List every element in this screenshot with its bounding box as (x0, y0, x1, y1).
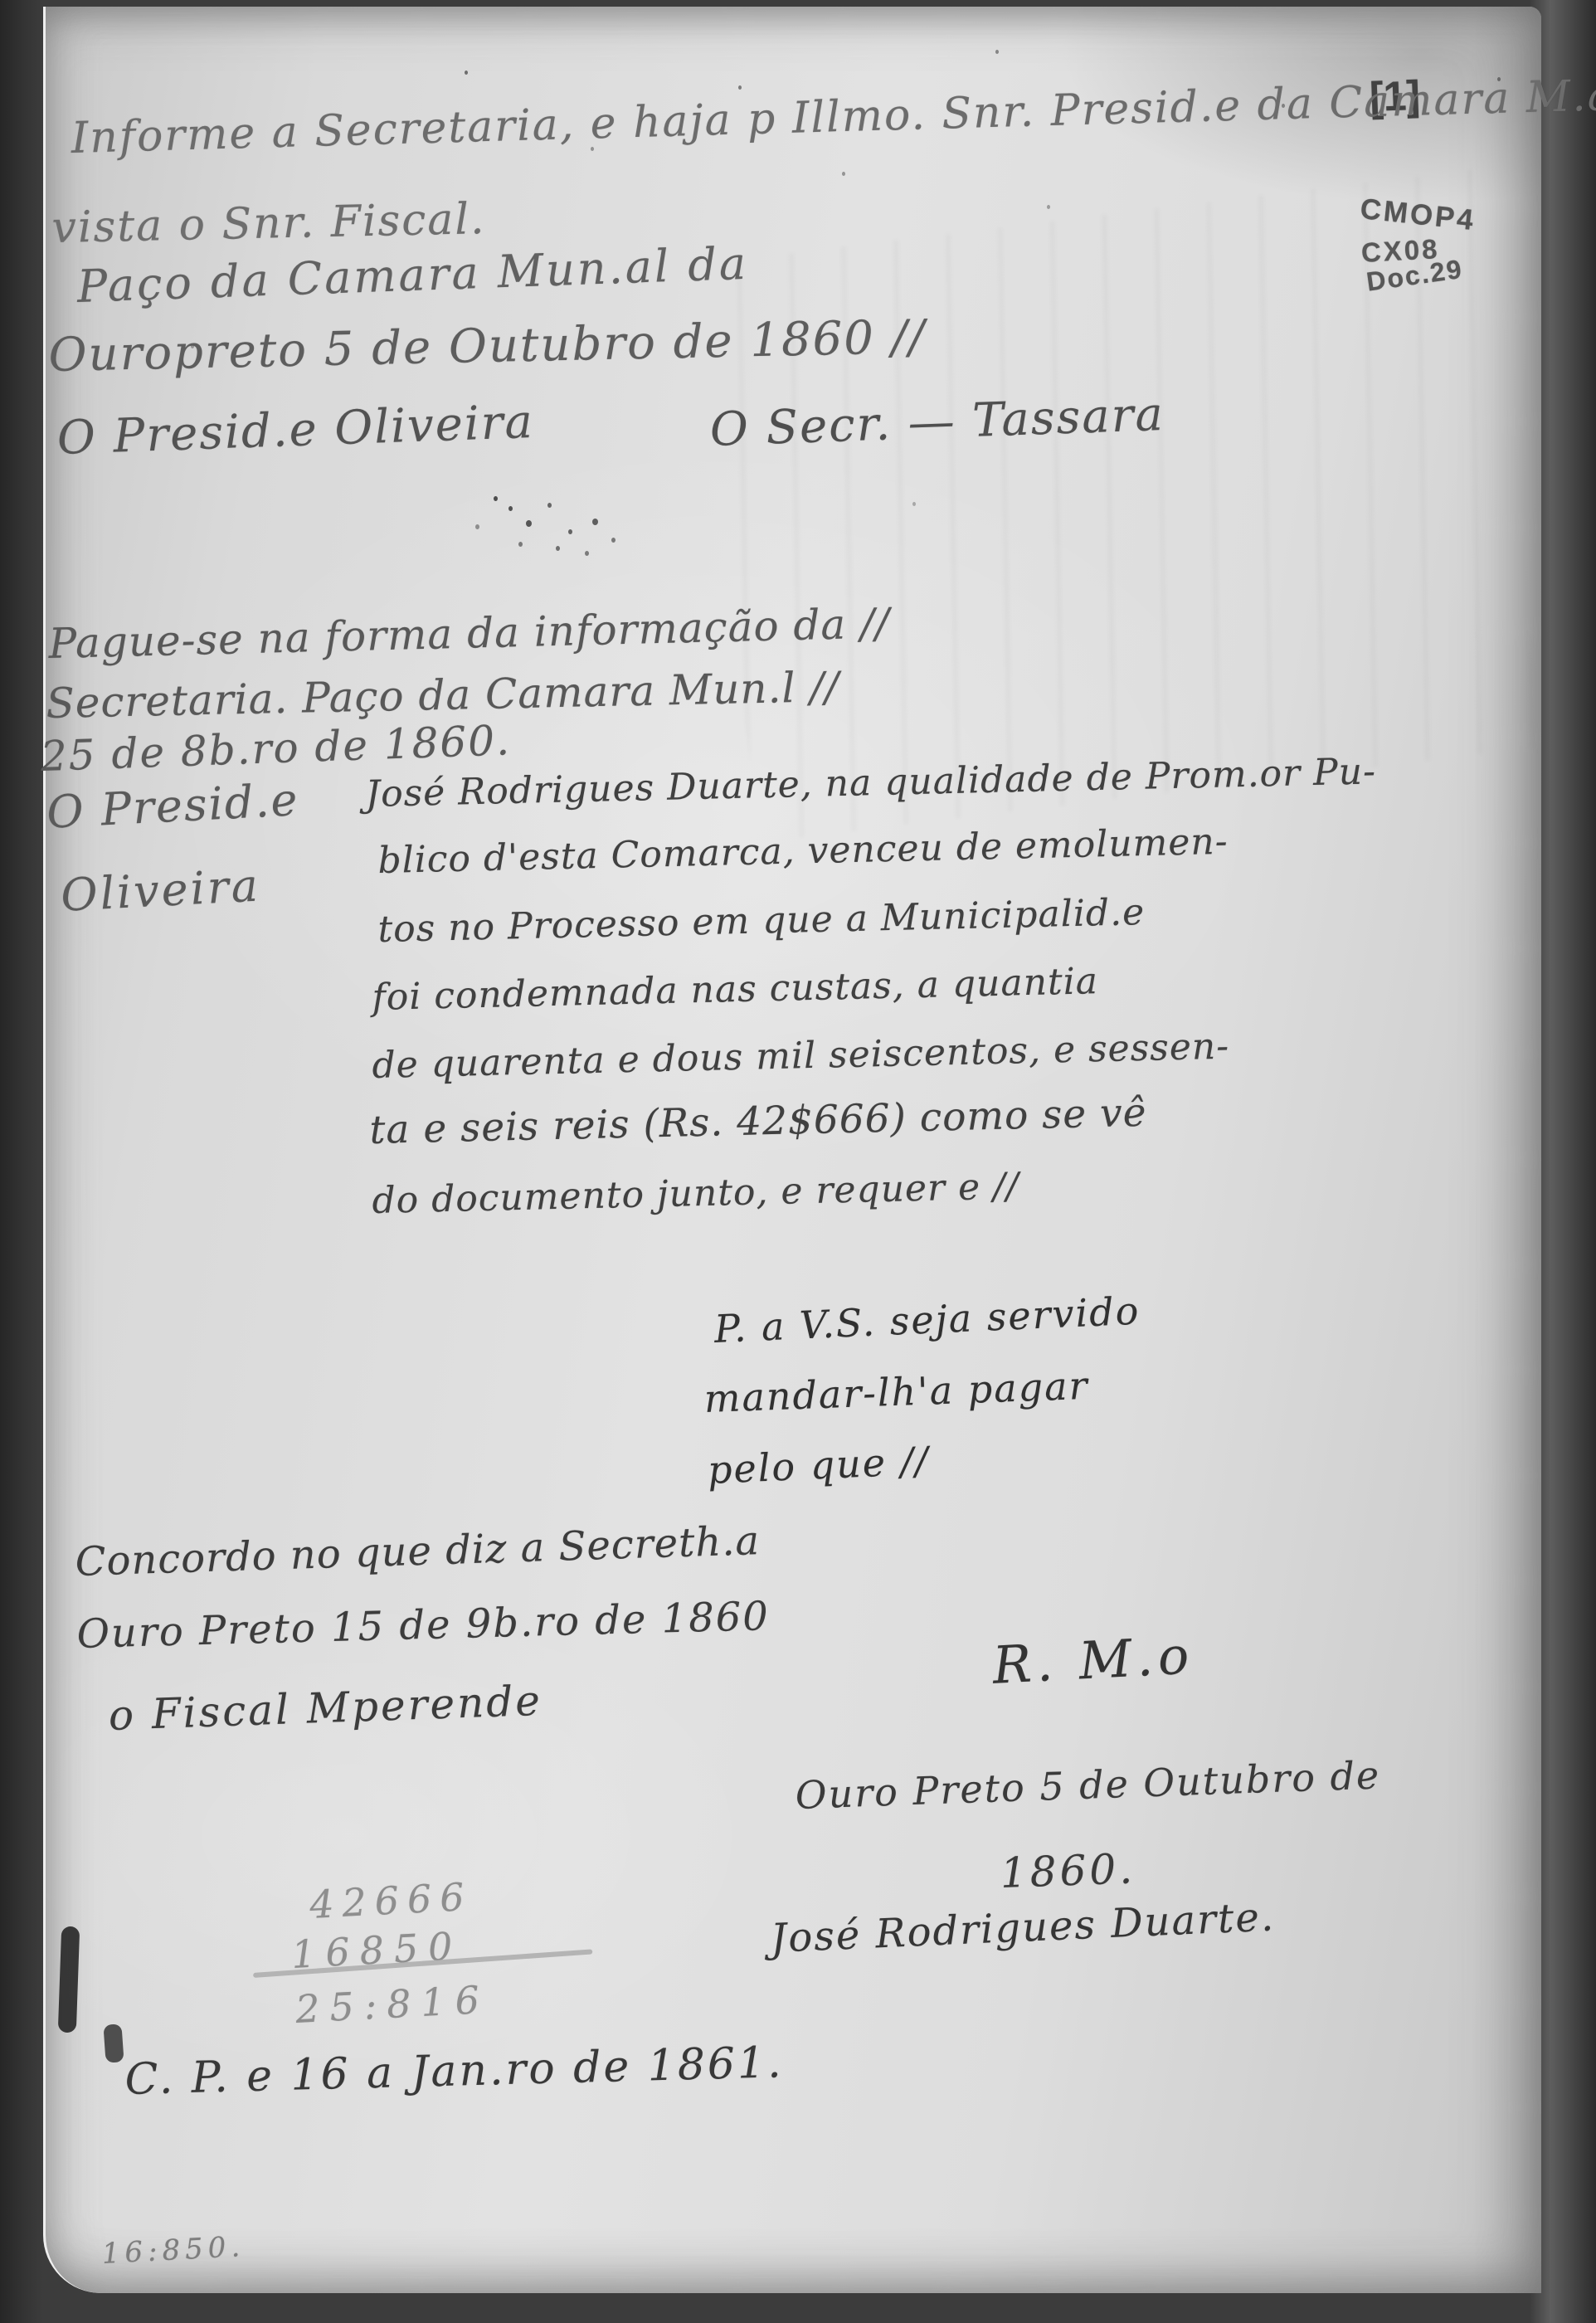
ink-spatter (494, 496, 498, 501)
petition-request-line-3: pelo que // (707, 1440, 930, 1490)
dispatch-payment-signature-name: Oliveira (60, 862, 261, 919)
rubric-initials: R. M.o (991, 1628, 1195, 1692)
closing-place-date-line-2: 1860. (1000, 1847, 1136, 1895)
pencil-math-minuend: 42666 (309, 1877, 474, 1926)
ink-blot (58, 1926, 80, 2033)
pencil-footnote: 16:850. (101, 2233, 246, 2270)
dispatch-top-line-2: vista o Snr. Fiscal. (51, 197, 486, 251)
manuscript-scan-page: [1] CMOP4 CX08 Doc.29 Informe a Secretar… (0, 0, 1596, 2323)
dust-specks (465, 71, 468, 75)
ink-blot-small (103, 2023, 124, 2062)
pencil-math-result: 25:816 (294, 1980, 490, 2029)
